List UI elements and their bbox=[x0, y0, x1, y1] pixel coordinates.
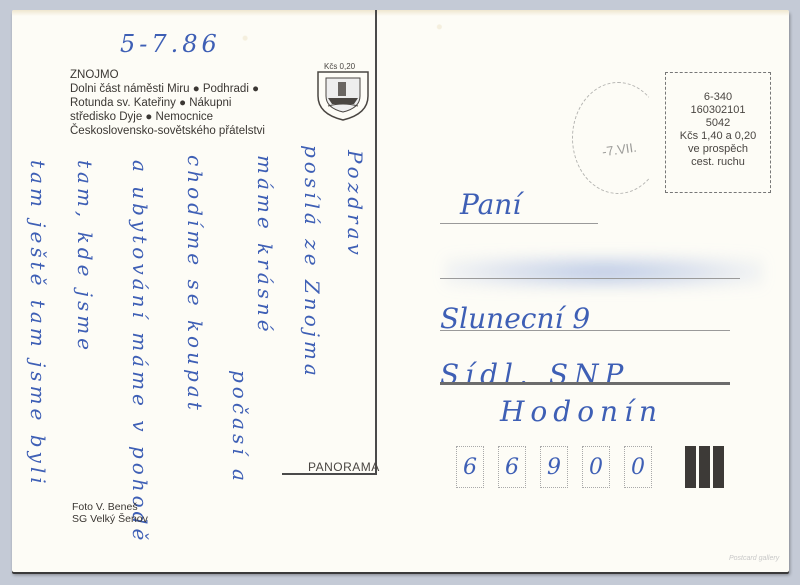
message-line: chodíme se koupat bbox=[183, 155, 207, 414]
indicia-line: cest. ruchu bbox=[666, 156, 770, 169]
address-salutation: Paní bbox=[460, 188, 521, 221]
photo-credits: Foto V. Beneš SG Velký Šenov bbox=[72, 501, 148, 525]
address-rule bbox=[440, 278, 740, 279]
zip-digit-box: 6 bbox=[456, 446, 484, 488]
indicia-line: 160302101 bbox=[666, 104, 770, 117]
tourism-stamp-logo bbox=[312, 66, 374, 122]
caption-line: Rotunda sv. Kateřiny ● Nákupni bbox=[70, 96, 265, 110]
indicia-line: 5042 bbox=[666, 117, 770, 130]
indicia-line: Kčs 1,40 a 0,20 bbox=[666, 130, 770, 143]
center-divider bbox=[375, 10, 377, 475]
printed-caption: ZNOJMO Dolni část náměsti Miru ● Podhrad… bbox=[70, 68, 265, 138]
caption-line: středisko Dyje ● Nemocnice bbox=[70, 110, 265, 124]
indicia-line: 6-340 bbox=[666, 91, 770, 104]
zip-digit-box: 6 bbox=[498, 446, 526, 488]
caption-line: Československo-sovětského přátelstvi bbox=[70, 124, 265, 138]
caption-line: Dolni část náměsti Miru ● Podhradi ● bbox=[70, 82, 265, 96]
postal-code-bar bbox=[713, 446, 724, 488]
address-rule bbox=[440, 223, 598, 224]
postal-code-bar bbox=[685, 446, 696, 488]
message-line: a ubytování máme v pohodě bbox=[128, 160, 152, 544]
address-rule bbox=[440, 330, 730, 331]
panorama-logo: PANORAMA bbox=[308, 460, 380, 474]
zip-digit-box: 0 bbox=[624, 446, 652, 488]
handwritten-date: 5-7.86 bbox=[120, 30, 221, 58]
address-district: Sídl. SNP bbox=[440, 358, 629, 391]
zip-digit-box: 9 bbox=[540, 446, 568, 488]
message-line: tam, kde jsme bbox=[73, 160, 97, 354]
message-line: tam ještě tam jsme byli bbox=[26, 160, 50, 488]
indicia-line: ve prospěch bbox=[666, 143, 770, 156]
postcard: ZNOJMO Dolni část náměsti Miru ● Podhrad… bbox=[12, 10, 789, 572]
message-line: máme krásné bbox=[253, 155, 277, 336]
stamp-price: Kčs 0,20 bbox=[324, 62, 355, 71]
postmark-circle bbox=[572, 82, 664, 194]
recipient-name-blurred bbox=[444, 254, 764, 290]
message-line: posílá ze Znojma bbox=[300, 145, 324, 380]
postal-code-bar bbox=[699, 446, 710, 488]
address-city: Hodonín bbox=[500, 395, 663, 428]
message-line: počasí a bbox=[228, 370, 252, 485]
watermark: Postcard gallery bbox=[729, 555, 779, 562]
caption-title: ZNOJMO bbox=[70, 68, 265, 82]
message-line: Pozdrav bbox=[343, 150, 367, 259]
zip-digit-box: 0 bbox=[582, 446, 610, 488]
photographer: Foto V. Beneš bbox=[72, 501, 148, 513]
postage-indicia: 6-340 160302101 5042 Kčs 1,40 a 0,20 ve … bbox=[665, 72, 771, 193]
address-rule-thick bbox=[440, 382, 730, 385]
publisher: SG Velký Šenov bbox=[72, 513, 148, 525]
